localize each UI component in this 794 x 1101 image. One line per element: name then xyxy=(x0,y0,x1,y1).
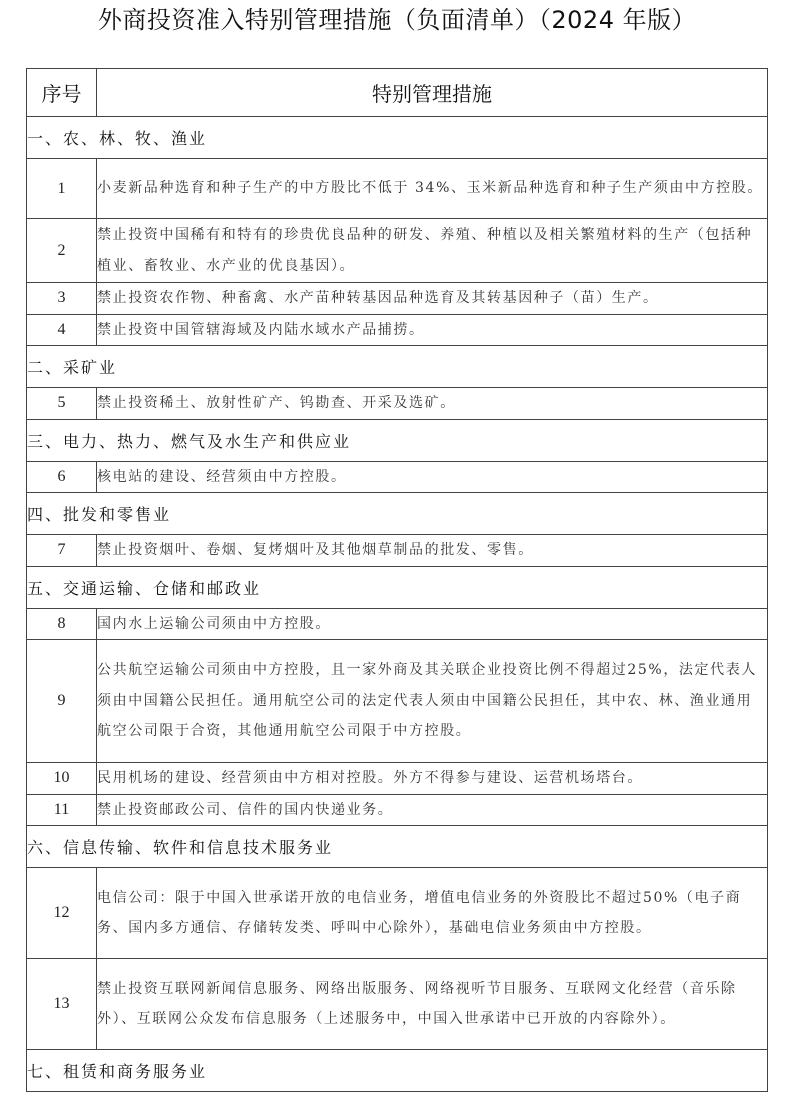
document-title: 外商投资准入特别管理措施（负面清单）（2024 年版） xyxy=(0,2,794,38)
row-number: 2 xyxy=(27,219,97,283)
row-number: 11 xyxy=(27,794,97,826)
table-row: 12 电信公司：限于中国入世承诺开放的电信业务，增值电信业务的外资股比不超过50… xyxy=(27,868,768,959)
table-row: 9 公共航空运输公司须由中方控股，且一家外商及其关联企业投资比例不得超过25%，… xyxy=(27,640,768,763)
row-number: 6 xyxy=(27,461,97,493)
table-row: 10 民用机场的建设、经营须由中方相对控股。外方不得参与建设、运营机场塔台。 xyxy=(27,763,768,795)
table-row: 7 禁止投资烟叶、卷烟、复烤烟叶及其他烟草制品的批发、零售。 xyxy=(27,535,768,567)
row-measure: 禁止投资中国管辖海域及内陆水域水产品捕捞。 xyxy=(97,314,768,346)
table-row: 11 禁止投资邮政公司、信件的国内快递业务。 xyxy=(27,794,768,826)
table-row: 13 禁止投资互联网新闻信息服务、网络出版服务、网络视听节目服务、互联网文化经营… xyxy=(27,959,768,1050)
row-measure: 电信公司：限于中国入世承诺开放的电信业务，增值电信业务的外资股比不超过50%（电… xyxy=(97,868,768,959)
section-row: 一、农、林、牧、渔业 xyxy=(27,117,768,159)
row-measure: 禁止投资烟叶、卷烟、复烤烟叶及其他烟草制品的批发、零售。 xyxy=(97,535,768,567)
row-measure: 公共航空运输公司须由中方控股，且一家外商及其关联企业投资比例不得超过25%，法定… xyxy=(97,640,768,763)
row-number: 12 xyxy=(27,868,97,959)
column-header-measure: 特别管理措施 xyxy=(97,69,768,117)
row-number: 10 xyxy=(27,763,97,795)
table-row: 5 禁止投资稀土、放射性矿产、钨勘查、开采及选矿。 xyxy=(27,388,768,420)
table-row: 4 禁止投资中国管辖海域及内陆水域水产品捕捞。 xyxy=(27,314,768,346)
section-row: 七、租赁和商务服务业 xyxy=(27,1050,768,1092)
row-measure: 禁止投资农作物、种畜禽、水产苗种转基因品种选育及其转基因种子（苗）生产。 xyxy=(97,283,768,315)
row-measure: 禁止投资邮政公司、信件的国内快递业务。 xyxy=(97,794,768,826)
section-heading: 一、农、林、牧、渔业 xyxy=(27,117,768,159)
row-number: 7 xyxy=(27,535,97,567)
table-row: 2 禁止投资中国稀有和特有的珍贵优良品种的研发、养殖、种植以及相关繁殖材料的生产… xyxy=(27,219,768,283)
section-heading: 六、信息传输、软件和信息技术服务业 xyxy=(27,826,768,868)
row-measure: 禁止投资互联网新闻信息服务、网络出版服务、网络视听节目服务、互联网文化经营（音乐… xyxy=(97,959,768,1050)
section-heading: 三、电力、热力、燃气及水生产和供应业 xyxy=(27,419,768,461)
table-row: 6 核电站的建设、经营须由中方控股。 xyxy=(27,461,768,493)
section-heading: 二、采矿业 xyxy=(27,346,768,388)
section-heading: 五、交通运输、仓储和邮政业 xyxy=(27,566,768,608)
row-number: 8 xyxy=(27,608,97,640)
section-heading: 七、租赁和商务服务业 xyxy=(27,1050,768,1092)
row-number: 3 xyxy=(27,283,97,315)
row-measure: 禁止投资中国稀有和特有的珍贵优良品种的研发、养殖、种植以及相关繁殖材料的生产（包… xyxy=(97,219,768,283)
negative-list-table: 序号 特别管理措施 一、农、林、牧、渔业 1 小麦新品种选育和种子生产的中方股比… xyxy=(26,68,768,1092)
row-measure: 小麦新品种选育和种子生产的中方股比不低于 34%、玉米新品种选育和种子生产须由中… xyxy=(97,159,768,219)
table-row: 3 禁止投资农作物、种畜禽、水产苗种转基因品种选育及其转基因种子（苗）生产。 xyxy=(27,283,768,315)
row-number: 13 xyxy=(27,959,97,1050)
row-measure: 禁止投资稀土、放射性矿产、钨勘查、开采及选矿。 xyxy=(97,388,768,420)
table-row: 1 小麦新品种选育和种子生产的中方股比不低于 34%、玉米新品种选育和种子生产须… xyxy=(27,159,768,219)
row-measure: 核电站的建设、经营须由中方控股。 xyxy=(97,461,768,493)
column-header-index: 序号 xyxy=(27,69,97,117)
row-number: 4 xyxy=(27,314,97,346)
row-number: 1 xyxy=(27,159,97,219)
section-heading: 四、批发和零售业 xyxy=(27,493,768,535)
row-measure: 民用机场的建设、经营须由中方相对控股。外方不得参与建设、运营机场塔台。 xyxy=(97,763,768,795)
section-row: 五、交通运输、仓储和邮政业 xyxy=(27,566,768,608)
row-number: 9 xyxy=(27,640,97,763)
table-header-row: 序号 特别管理措施 xyxy=(27,69,768,117)
section-row: 四、批发和零售业 xyxy=(27,493,768,535)
table-row: 8 国内水上运输公司须由中方控股。 xyxy=(27,608,768,640)
section-row: 二、采矿业 xyxy=(27,346,768,388)
section-row: 六、信息传输、软件和信息技术服务业 xyxy=(27,826,768,868)
row-number: 5 xyxy=(27,388,97,420)
section-row: 三、电力、热力、燃气及水生产和供应业 xyxy=(27,419,768,461)
row-measure: 国内水上运输公司须由中方控股。 xyxy=(97,608,768,640)
